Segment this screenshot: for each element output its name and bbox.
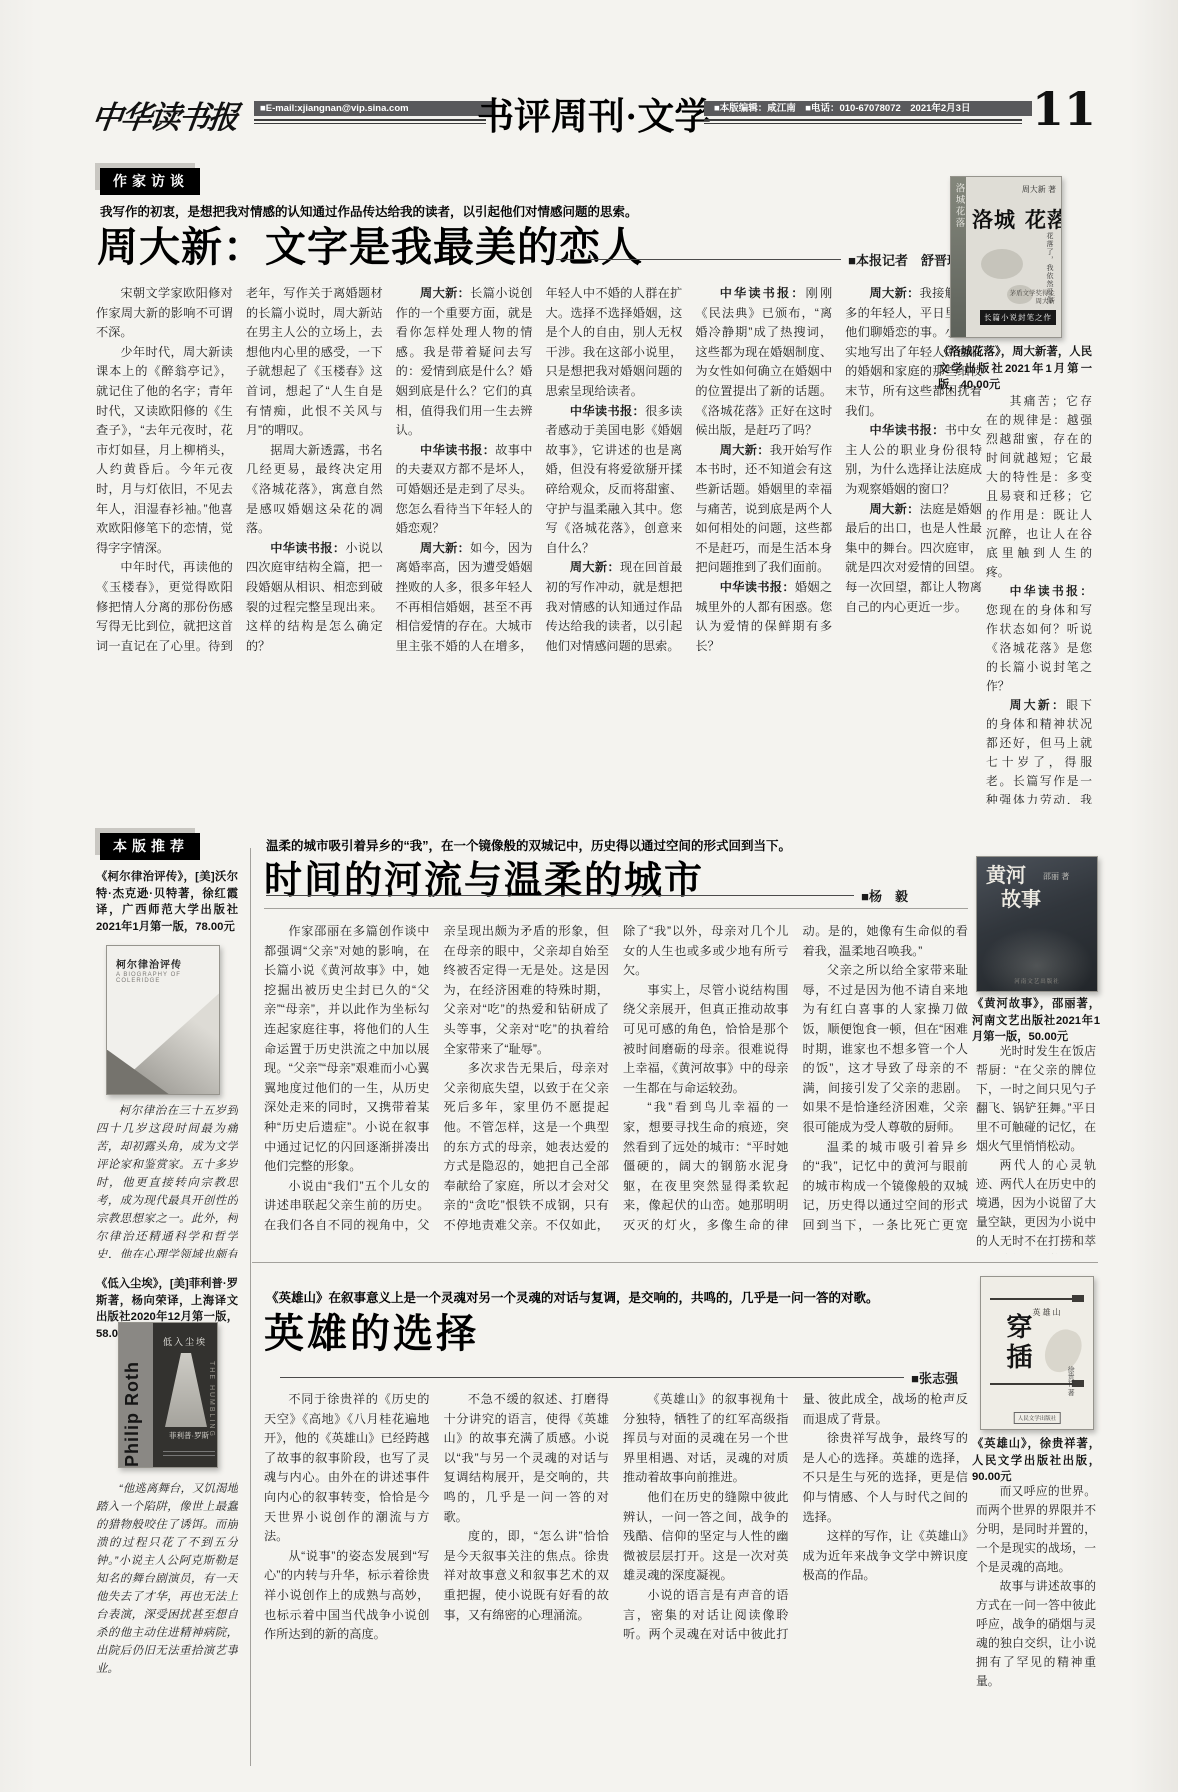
header-rule [254,123,486,124]
cover-publisher: 河南文艺出版社 [977,977,1097,985]
book-caption-yingxiongshan: 《英雄山》，徐贵祥著，人民文学出版社出版，90.00元 [972,1436,1100,1486]
paragraph: 中华读书报：故事中的夫妻双方都不是坏人，可婚姻还是走到了尽头。您怎么看待当下年轻… [396,441,533,539]
interview-byline-row: ■本报记者 舒晋瑜 [556,250,960,269]
speaker-label: 中华读书报： [1010,584,1092,598]
book-cover-chuancha: 英雄山 穿插 徐贵祥 著 人民文学出版社 [980,1276,1094,1430]
cover-title-en: THE HUMBLING [208,1361,215,1438]
headline-rule [264,908,968,909]
cover-title-line2: 故事 [1001,888,1041,912]
book-caption-huanghe: 《黄河故事》，邵丽著，河南文艺出版社2021年1月第一版，50.00元 [972,996,1100,1046]
byline-rule [266,895,854,896]
paragraph: 从“说事”的姿态发展到“写心”的内转与升华，标示着徐贵祥小说创作上的成熟与高妙，… [264,1547,430,1645]
paragraph: 中华读书报：很多读者感动于美国电影《婚姻故事》，它讲述的也是离婚，但没有将爱欲掰… [545,402,682,559]
paragraph: 中华读书报：刚刚《民法典》已颁布，“离婚冷静期”成了热搜词，这些都为现在婚姻制度… [695,284,832,441]
paragraph: 周大新：长篇小说创作的一个重要方面，就是看你怎样处理人物的情感。我是带着疑问去写… [396,284,533,441]
paragraph: 少年时代，周大新读课本上的《醉翁亭记》，就记住了他的名字；青年时代，又读欧阳修的… [96,343,233,559]
paragraph: 不急不缓的叙述、打磨得十分讲究的语言，使得《英雄山》的故事充满了质感。小说以“我… [444,1390,610,1527]
speaker-label: 中华读书报： [720,580,795,594]
paragraph: 作家邵丽在多篇创作谈中都强调“父亲”对她的影响，在长篇小说《黄河故事》中，她挖掘… [264,922,430,1177]
spine-title: 洛城花落 [952,183,966,337]
cover-title: 穿插 [999,1313,1036,1373]
cover-title-cn: 低入尘埃 [163,1335,207,1348]
paragraph: 周大新：眼下的身体和精神状况都还好，但马上就七十岁了，得服老。长篇写作是一种强体… [986,696,1092,804]
cover-art-blob [981,249,1023,279]
page-number: 11 [1032,82,1096,136]
paragraph: 不同于徐贵祥的《历史的天空》《高地》《八月桂花遍地开》，他的《英雄山》已经跨越了… [264,1390,430,1547]
book-spine: 洛城花落 [951,177,966,337]
cover-publisher: 人民文学出版社 [1014,1412,1061,1424]
speaker-label: 周大新： [420,541,470,555]
paragraph: 据周大新透露，书名几经更易，最终决定用《洛城花落》，寓意自然是感叹婚姻这朵花的凋… [246,441,383,539]
book-cover-luocheng-hualuo: 洛城花落 周大新 著 洛城花落 花落了，我依然爱你 茅盾文学奖得主 周大新 长篇… [950,176,1062,338]
cover-author: 邵丽 著 [1043,871,1069,882]
interview-byline: ■本报记者 舒晋瑜 [848,250,960,269]
email-bar: ■E-mail:xjiangnan@vip.sina.com [254,101,492,116]
heroes-byline-row: ■张志强 [280,1368,958,1387]
recommend-byline-row: ■杨 毅 [266,886,908,905]
paragraph: 而又呼应的世界。而两个世界的界限并不分明，是同时并置的，一个是现实的战场，一个是… [976,1482,1096,1577]
paragraph: 中华读书报：婚姻之城里外的人都有困惑。您认为爱情的保鲜期有多长？ [695,578,832,656]
editor-text: ■本版编辑：咸江南 ■电话：010-67078072 2021年2月3日 [714,103,970,114]
cover-author-en: Philip Roth [122,1327,143,1467]
paragraph: 宋朝文学家欧阳修对作家周大新的影响不可谓不深。 [96,284,233,343]
humbling-blurb: “他逃离舞台，又饥渴地踏入一个陷阱，像世上最蠢的猎物般咬住了诱饵。而崩溃的过程只… [96,1480,238,1762]
heroes-byline: ■张志强 [911,1368,958,1387]
book-cover-coleridge: 柯尔律治评传 A BIOGRAPHY OF COLERIDGE [106,945,220,1095]
byline-rule [280,1377,904,1378]
paragraph: “他逃离舞台，又饥渴地踏入一个陷阱，像世上最蠢的猎物般咬住了诱饵。而崩溃的过程只… [96,1480,238,1678]
cover-title: 柯尔律治评传 [116,956,182,971]
section-separator [252,1262,1098,1263]
speaker-label: 中华读书报： [270,541,345,555]
stage-light-art [165,1353,207,1427]
book-cover-humbling: Philip Roth 低入尘埃 THE HUMBLING 菲利普·罗斯 [118,1322,218,1468]
tag-author-interview: 作家访谈 [100,168,200,195]
cover-subtitle: A BIOGRAPHY OF COLERIDGE [116,972,219,984]
heroes-headline: 英雄的选择 [264,1302,479,1359]
paragraph: 中华读书报：书中女主人公的职业身份很特别，为什么选择让法庭成为观察婚姻的窗口？ [845,421,982,499]
recommend-side-column: 光时时发生在饭店帮厨：“在父亲的牌位下，一时之间只见勺子翻飞、锅铲狂舞。”平日里… [976,1042,1096,1254]
byline-rule [556,259,841,260]
newspaper-page: 中华读书报 ■E-mail:xjiangnan@vip.sina.com 书评周… [0,0,1178,1792]
cover-panel: 低入尘埃 THE HUMBLING 菲利普·罗斯 [153,1323,217,1467]
speaker-label: 周大新： [1010,698,1066,712]
speaker-label: 周大新： [570,560,620,574]
email-text: ■E-mail:xjiangnan@vip.sina.com [260,103,409,114]
paragraph: 周大新：我开始写作本书时，还不知道会有这些新话题。婚姻里的幸福与痛苦，说到底是两… [695,441,832,578]
editor-bar: ■本版编辑：咸江南 ■电话：010-67078072 2021年2月3日 [704,101,1032,116]
speaker-label: 周大新： [870,502,920,516]
paragraph: 中华读书报：小说以四次庭审结构全篇，把一段婚姻从相识、相恋到破裂的过程完整呈现出… [246,539,383,657]
speaker-label: 周大新： [420,286,470,300]
cover-title-line1: 黄河 [986,864,1041,888]
interview-body: 宋朝文学家欧阳修对作家周大新的影响不可谓不深。少年时代，周大新读课本上的《醉翁亭… [96,284,982,804]
heroes-side-column: 而又呼应的世界。而两个世界的界限并不分明，是同时并置的，一个是现实的战场，一个是… [976,1482,1096,1760]
cover-title: 洛城花落 [972,204,1062,234]
rifle-art [990,1298,1084,1300]
recommend-body: 作家邵丽在多篇创作谈中都强调“父亲”对她的影响，在长篇小说《黄河故事》中，她挖掘… [264,922,968,1254]
paragraph: 这样的写作，让《英雄山》成为近年来战争文学中辨识度极高的作品。 [803,1527,969,1586]
cover-fineprint [163,1451,215,1459]
cover-sketch-art [1040,1324,1086,1376]
speaker-label: 中华读书报： [420,443,495,457]
heroes-body: 不同于徐贵祥的《历史的天空》《高地》《八月桂花遍地开》，他的《英雄山》已经跨越了… [264,1390,968,1762]
paragraph: 柯尔律治在三十五岁到四十几岁这段时间最为痛苦，却初露头角，成为文学评论家和鉴赏家… [96,1102,238,1258]
paragraph: 其痛苦；它存在的规律是：越强烈越甜蜜，存在的时间就越短；它最大的特性是：多变且易… [986,392,1092,582]
paragraph: 度的，即，“怎么讲”恰恰是今天叙事关注的焦点。徐贵祥对故事意义和叙事艺术的双重把… [444,1527,610,1625]
speaker-label: 中华读书报： [870,423,945,437]
book-cover-huanghe-gushi: 黄河故事 邵丽 著 河南文艺出版社 [976,856,1098,992]
paragraph: 徐贵祥写战争，最终写的是人心的选择。英雄的选择，不只是生与死的选择，更是信仰与情… [803,1429,969,1527]
speaker-label: 周大新： [870,286,920,300]
cover-series: 英雄山 [1033,1307,1063,1318]
masthead-logo: 中华读书报 [89,92,240,137]
recommend-byline: ■杨 毅 [861,886,908,905]
cover-title: 黄河故事 [986,864,1041,912]
cover-badge: 长篇小说封笔之作 [980,310,1056,325]
coleridge-blurb: 柯尔律治在三十五岁到四十几岁这段时间最为痛苦，却初露头角，成为文学评论家和鉴赏家… [96,1102,238,1258]
book-caption-luocheng: 《洛城花落》，周大新著，人民文学出版社2021年1月第一版，40.00元 [938,344,1092,394]
section-title: 书评周刊·文学 [477,86,711,140]
speaker-label: 中华读书报： [570,404,645,418]
paragraph: 他们在历史的缝隙中彼此辨认，一问一答之间，战争的残酷、信仰的坚定与人性的幽微被层… [623,1488,789,1586]
paragraph: 两代人的心灵轨迹、两代人在历史中的境遇，因为小说留了大量空缺，更因为小说中的人无… [976,1156,1096,1254]
cover-title-right: 花落 [1025,208,1062,232]
interview-side-column: 其痛苦；它存在的规律是：越强烈越甜蜜，存在的时间就越短；它最大的特性是：多变且易… [986,392,1092,804]
cover-author-cn: 菲利普·罗斯 [169,1430,209,1441]
paragraph: 光时时发生在饭店帮厨：“在父亲的牌位下，一时之间只见勺子翻飞、锅铲狂舞。”平日里… [976,1042,1096,1156]
cover-author: 徐贵祥 著 [1065,1366,1075,1396]
paragraph: 周大新：法庭是婚姻最后的出口，也是人性最集中的舞台。四次庭审，就是四次对爱情的回… [845,500,982,618]
book-caption-coleridge: 《柯尔律治评传》，[美]沃尔特·杰克逊·贝特著，徐红霞译，广西师范大学出版社20… [96,869,238,935]
header-rule [254,119,486,121]
speaker-label: 周大新： [720,443,770,457]
paragraph: 中华读书报：您现在的身体和写作状态如何？听说《洛城花落》是您的长篇小说封笔之作？ [986,582,1092,696]
paragraph: 父亲之所以给全家带来耻辱，不过是因为他不请自来地为有红白喜事的人家操刀做饭，顺便… [803,961,969,1137]
paragraph: 周大新：现在回首最初的写作冲动，就是想把我对情感的认知通过作品传达给我的读者，以… [545,558,682,656]
speaker-label: 中华读书报： [720,286,806,300]
cover-author: 周大新 著 [1022,184,1056,195]
paragraph: 事实上，尽管小说结构围绕父亲展开，但真正推动故事可见可感的角色，恰恰是那个被时间… [623,981,789,1099]
header-rule [704,123,1022,124]
paragraph: 故事与讲述故事的方式在一问一答中彼此呼应，战争的硝烟与灵魂的独白交织，让小说拥有… [976,1577,1096,1691]
tag-recommend: 本版推荐 [100,833,200,860]
paragraph: 《英雄山》的叙事视角十分独特，牺牲了的红军高级指挥员与对面的灵魂在另一个世界里相… [623,1390,789,1488]
cover-title-left: 洛城 [972,208,1016,232]
cover-badge-small: 茅盾文学奖得主 周大新 [1003,290,1055,306]
column-divider [250,848,251,1766]
header-rule [704,119,1022,121]
